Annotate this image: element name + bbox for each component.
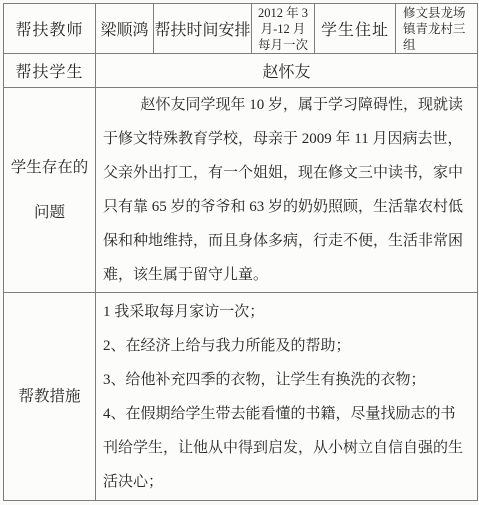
address-value-cell: 修文县龙场 镇青龙村三 组	[396, 4, 478, 54]
student-row: 帮扶学生 赵怀友	[4, 54, 478, 88]
schedule-value-cell: 2012 年 3 月-12 月 每月一次	[252, 4, 315, 54]
measure-item-1: 1 我采取每月家访一次；	[103, 295, 473, 329]
measure-item-2: 2、在经济上给与我力所能及的帮助；	[103, 329, 473, 363]
measure-item-3: 3、给他补充四季的衣物，让学生有换洗的衣物；	[103, 363, 473, 397]
problems-label-cell: 学生存在的 问题	[4, 88, 96, 293]
assistance-record-table: 帮扶教师 梁顺鸿 帮扶时间安排 2012 年 3 月-12 月 每月一次 学生住…	[3, 3, 478, 501]
teacher-name-cell: 梁顺鸿	[96, 4, 154, 54]
measures-label-cell: 帮教措施	[4, 293, 96, 501]
measure-item-4: 4、在假期给学生带去能看懂的书籍，尽量找励志的书 刊给学生，让他从中得到启发，从…	[103, 397, 473, 499]
measures-row: 帮教措施 1 我采取每月家访一次； 2、在经济上给与我力所能及的帮助； 3、给他…	[4, 293, 478, 501]
problems-text-cell: 赵怀友同学现年 10 岁，属于学习障碍性，现就读 于修文特殊教育学校，母亲于 2…	[96, 88, 478, 293]
student-name-cell: 赵怀友	[96, 54, 478, 88]
student-label-cell: 帮扶学生	[4, 54, 96, 88]
problems-row: 学生存在的 问题 赵怀友同学现年 10 岁，属于学习障碍性，现就读 于修文特殊教…	[4, 88, 478, 293]
schedule-label-cell: 帮扶时间安排	[154, 4, 252, 54]
address-label-cell: 学生住址	[315, 4, 396, 54]
measures-list-cell: 1 我采取每月家访一次； 2、在经济上给与我力所能及的帮助； 3、给他补充四季的…	[96, 293, 478, 501]
teacher-label-cell: 帮扶教师	[4, 4, 96, 54]
header-row: 帮扶教师 梁顺鸿 帮扶时间安排 2012 年 3 月-12 月 每月一次 学生住…	[4, 4, 478, 54]
problems-paragraph: 赵怀友同学现年 10 岁，属于学习障碍性，现就读 于修文特殊教育学校，母亲于 2…	[103, 88, 473, 292]
